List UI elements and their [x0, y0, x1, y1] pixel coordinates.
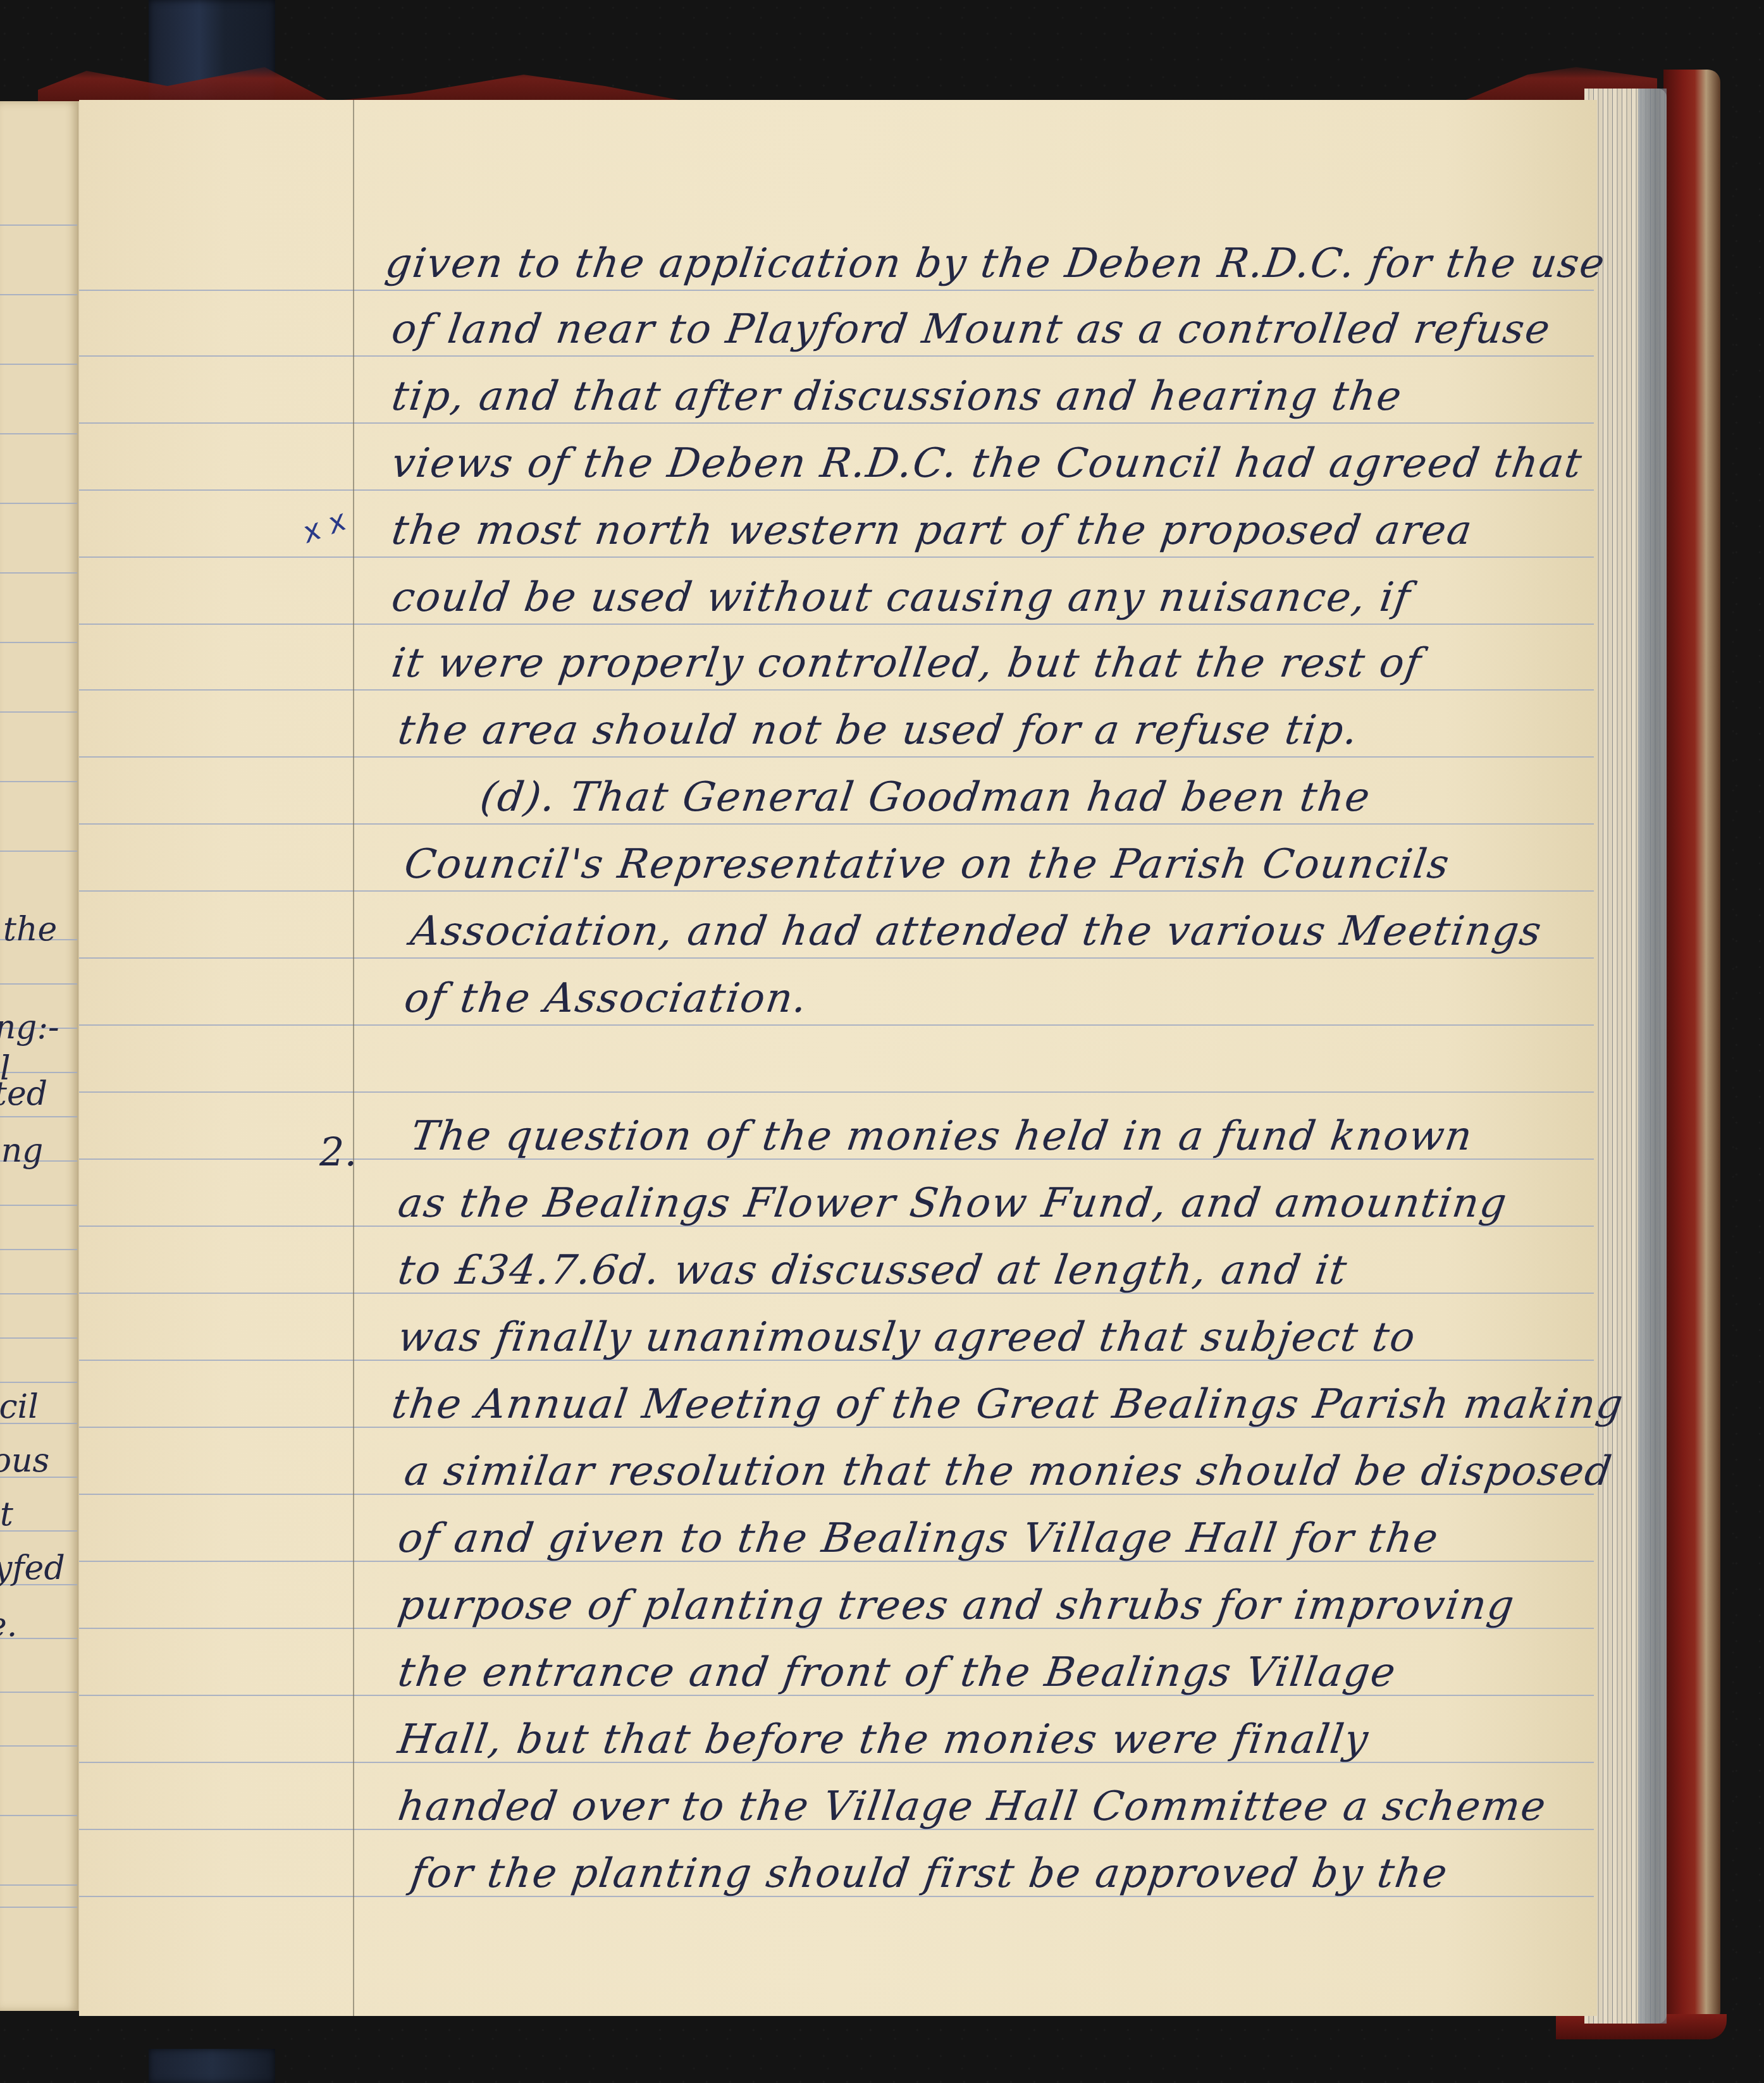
ruled-line — [0, 294, 77, 295]
minute-line: handed over to the Village Hall Committe… — [395, 1783, 1550, 1830]
minute-line: was finally unanimously agreed that subj… — [395, 1314, 1419, 1361]
minute-line: the area should not be used for a refuse… — [395, 707, 1362, 754]
ruled-line — [79, 355, 1594, 357]
left-page-fragment: t — [0, 1496, 13, 1533]
minute-line: a similar resolution that the monies sho… — [402, 1448, 1615, 1495]
minute-line: could be used without causing any nuisan… — [389, 574, 1414, 621]
minute-line: for the planting should first be approve… — [408, 1850, 1452, 1897]
ruled-line — [0, 1116, 77, 1117]
red-leather-cover-edge — [1663, 70, 1720, 2024]
ruled-line — [0, 1907, 77, 1908]
ruled-line — [79, 290, 1594, 291]
ruled-line — [0, 1692, 77, 1693]
minute-line: it were properly controlled, but that th… — [389, 640, 1425, 687]
ruled-line — [0, 1884, 77, 1886]
minute-line: of land near to Playford Mount as a cont… — [389, 306, 1554, 353]
minute-line: tip, and that after discussions and hear… — [389, 373, 1405, 420]
ruled-line — [79, 422, 1594, 424]
ruled-line — [0, 503, 77, 504]
left-page-fragment: ted — [0, 1075, 47, 1113]
minute-line: Council's Representative on the Parish C… — [402, 841, 1453, 888]
left-page-fragment: ing — [0, 1132, 43, 1170]
left-page-fragment: ing:- — [0, 1009, 59, 1047]
minute-line: the most north western part of the propo… — [389, 507, 1476, 554]
left-page-fragment: ncil — [0, 1388, 39, 1426]
minute-line: of and given to the Bealings Village Hal… — [395, 1515, 1442, 1562]
minute-line: purpose of planting trees and shrubs for… — [395, 1582, 1518, 1629]
ruled-line — [0, 1205, 77, 1206]
ruled-line — [0, 224, 77, 226]
ruled-line — [79, 1091, 1594, 1093]
ruled-line — [79, 890, 1594, 892]
ruled-line — [0, 711, 77, 713]
ruled-line — [0, 364, 77, 365]
left-page-fragment: yfed — [0, 1549, 65, 1587]
left-page-fragment: ious — [0, 1442, 49, 1480]
ruled-line — [0, 1072, 77, 1073]
item-number: 2. — [319, 1129, 357, 1175]
left-page — [0, 101, 79, 2011]
ruled-line — [79, 957, 1594, 959]
minute-line: The question of the monies held in a fun… — [408, 1113, 1476, 1160]
ruled-line — [0, 1293, 77, 1294]
minute-line: to £34.7.6d. was discussed at length, an… — [395, 1247, 1351, 1294]
margin-rule — [353, 100, 354, 2016]
ruled-line — [0, 1815, 77, 1816]
bookmark-ribbon-bottom — [149, 2049, 275, 2083]
minute-line: the Annual Meeting of the Great Bealings… — [389, 1381, 1627, 1428]
ruled-line — [0, 1382, 77, 1383]
ruled-line — [0, 1249, 77, 1250]
minute-line: as the Bealings Flower Show Fund, and am… — [395, 1180, 1510, 1227]
ruled-line — [0, 1337, 77, 1339]
ruled-line — [79, 1024, 1594, 1026]
ruled-line — [0, 642, 77, 643]
ruled-line — [0, 983, 77, 985]
minute-line: the entrance and front of the Bealings V… — [395, 1649, 1400, 1696]
ruled-line — [0, 781, 77, 782]
minute-line: (d). That General Goodman had been the — [478, 774, 1374, 821]
left-page-fragment: e. — [0, 1606, 17, 1644]
minute-line: given to the application by the Deben R.… — [383, 240, 1608, 287]
ruled-line — [79, 489, 1594, 491]
ruled-line — [79, 689, 1594, 691]
ruled-line — [0, 572, 77, 574]
minute-line: views of the Deben R.D.C. the Council ha… — [389, 440, 1586, 487]
ruled-line — [0, 851, 77, 852]
ruled-line — [79, 556, 1594, 558]
ruled-line — [0, 1745, 77, 1747]
left-page-fragment: the — [3, 911, 57, 949]
minute-line: Association, and had attended the variou… — [408, 908, 1545, 955]
minute-line: of the Association. — [402, 975, 811, 1022]
ruled-line — [79, 624, 1594, 625]
ruled-line — [79, 756, 1594, 758]
ruled-line — [79, 823, 1594, 825]
minute-line: Hall, but that before the monies were fi… — [395, 1716, 1372, 1763]
ruled-line — [0, 433, 77, 434]
